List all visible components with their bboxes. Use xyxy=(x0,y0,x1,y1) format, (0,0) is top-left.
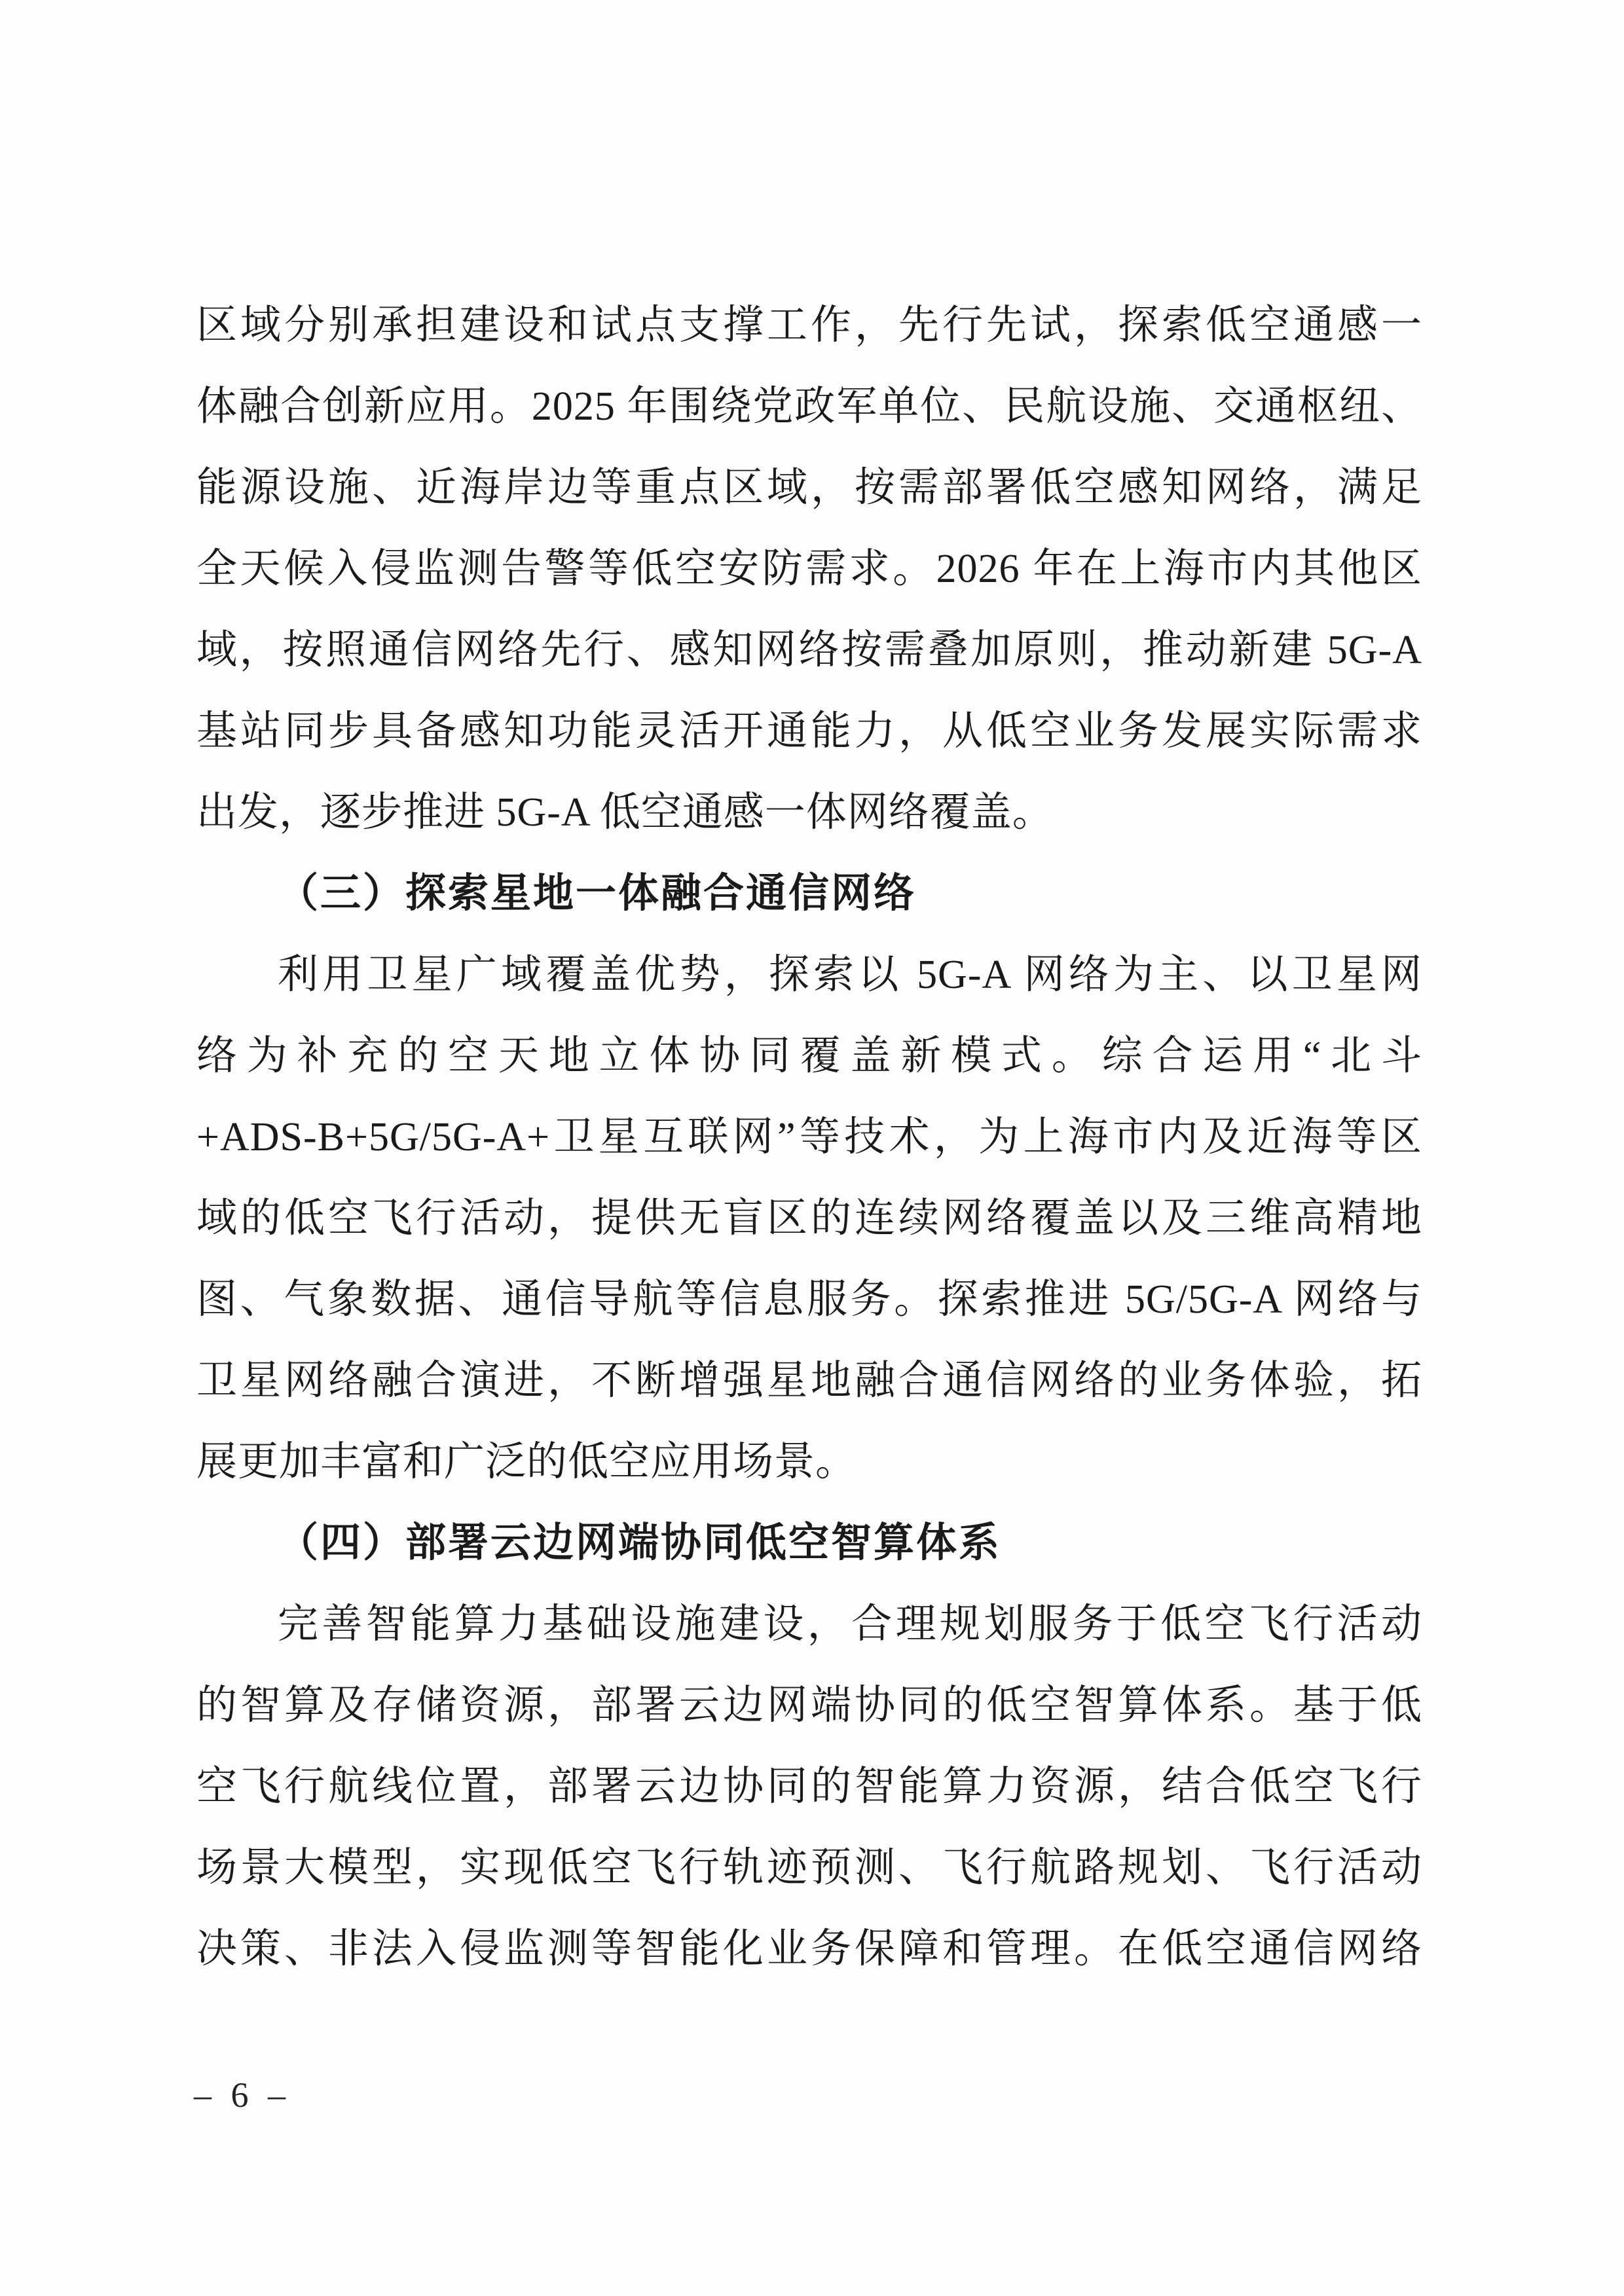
page-number: – 6 – xyxy=(194,2069,286,2121)
text-line: 络为补充的空天地立体协同覆盖新模式。综合运用“北斗 xyxy=(196,1015,1422,1097)
text-line: 空飞行航线位置，部署云边协同的智能算力资源，结合低空飞行 xyxy=(196,1746,1422,1827)
section-heading: （四）部署云边网端协同低空智算体系 xyxy=(196,1503,1422,1584)
text-line: 图、气象数据、通信导航等信息服务。探索推进 5G/5G-A 网络与 xyxy=(196,1259,1422,1340)
section-heading: （三）探索星地一体融合通信网络 xyxy=(196,853,1422,934)
text-line: 利用卫星广域覆盖优势，探索以 5G-A 网络为主、以卫星网 xyxy=(196,934,1422,1015)
text-line: 决策、非法入侵监测等智能化业务保障和管理。在低空通信网络 xyxy=(196,1908,1422,1990)
text-line: 体融合创新应用。2025 年围绕党政军单位、民航设施、交通枢纽、 xyxy=(196,366,1422,447)
text-line: 全天候入侵监测告警等低空安防需求。2026 年在上海市内其他区 xyxy=(196,528,1422,610)
text-line: 基站同步具备感知功能灵活开通能力，从低空业务发展实际需求 xyxy=(196,691,1422,772)
document-body: 区域分别承担建设和试点支撑工作，先行先试，探索低空通感一 体融合创新应用。202… xyxy=(196,285,1422,1990)
text-line: 的智算及存储资源，部署云边网端协同的低空智算体系。基于低 xyxy=(196,1665,1422,1746)
text-line: 区域分别承担建设和试点支撑工作，先行先试，探索低空通感一 xyxy=(196,285,1422,366)
text-line: 场景大模型，实现低空飞行轨迹预测、飞行航路规划、飞行活动 xyxy=(196,1827,1422,1908)
text-line: 卫星网络融合演进，不断增强星地融合通信网络的业务体验，拓 xyxy=(196,1340,1422,1421)
text-line: 展更加丰富和广泛的低空应用场景。 xyxy=(196,1421,1422,1503)
text-line: 域的低空飞行活动，提供无盲区的连续网络覆盖以及三维高精地 xyxy=(196,1178,1422,1259)
text-line: 域，按照通信网络先行、感知网络按需叠加原则，推动新建 5G-A xyxy=(196,610,1422,691)
text-line: +ADS-B+5G/5G-A+卫星互联网”等技术，为上海市内及近海等区 xyxy=(196,1097,1422,1178)
text-line: 出发，逐步推进 5G-A 低空通感一体网络覆盖。 xyxy=(196,772,1422,853)
document-page: 区域分别承担建设和试点支撑工作，先行先试，探索低空通感一 体融合创新应用。202… xyxy=(0,0,1624,2296)
text-line: 完善智能算力基础设施建设，合理规划服务于低空飞行活动 xyxy=(196,1584,1422,1665)
text-line: 能源设施、近海岸边等重点区域，按需部署低空感知网络，满足 xyxy=(196,447,1422,528)
